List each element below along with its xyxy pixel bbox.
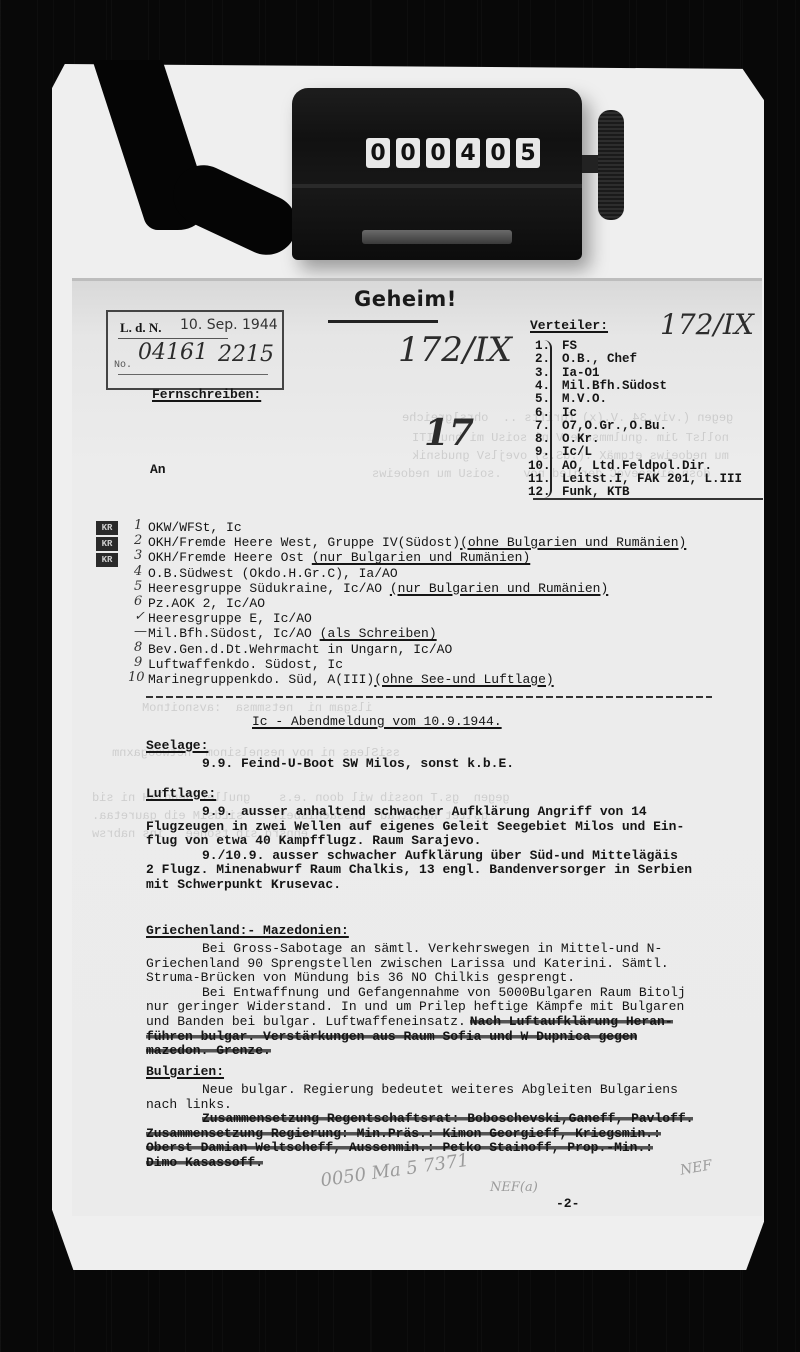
recipient-prefix: An <box>150 462 166 477</box>
body-line: nur geringer Widerstand. In und um Prile… <box>146 999 684 1014</box>
addressee-check-mark: 5 <box>134 579 142 594</box>
section-heading: Luftlage: <box>146 786 216 801</box>
section-heading: Bulgarien: <box>146 1064 224 1079</box>
distribution-item: M.V.O. <box>562 393 607 406</box>
addressee-name: Mil.Bfh.Südost, Ic/AO <box>148 626 320 641</box>
body-line: 9.9. ausser anhaltend schwacher Aufkläru… <box>202 804 647 819</box>
distribution-item: O7,O.Gr.,O.Bu. <box>562 420 667 433</box>
addressee-check-mark: 10 <box>128 670 145 685</box>
counter-slot <box>362 230 512 244</box>
distribution-number: 9. <box>535 446 550 459</box>
addressee-row: O.B.Südwest (Okdo.H.Gr.C), Ia/AO <box>148 566 398 581</box>
body-line: mit Schwerpunkt Krusevac. <box>146 877 341 892</box>
addressee-row: OKH/Fremde Heere West, Gruppe IV(Südost)… <box>148 535 686 550</box>
distribution-item: Ic <box>562 407 577 420</box>
body-line: Flugzeugen in zwei Wellen auf eigenes Ge… <box>146 819 684 834</box>
counter-knob <box>598 110 624 220</box>
body-line: Bei Entwaffnung und Gefangennahme von 50… <box>202 985 686 1000</box>
struck-text: führen bulgar. Verstärkungen aus Raum So… <box>146 1029 637 1044</box>
frame-counter: 0 0 0 4 0 5 <box>292 88 582 260</box>
addressee-check-mark: — <box>134 624 147 639</box>
addressee-name: OKH/Fremde Heere Ost <box>148 550 312 565</box>
distribution-item: Leitst.I, FAK 201, L.III <box>562 473 742 486</box>
document-type-label: Fernschreiben: <box>152 387 261 402</box>
addressee-name: Bev.Gen.d.Dt.Wehrmacht in Ungarn, Ic/AO <box>148 642 452 657</box>
addressee-row: Mil.Bfh.Südost, Ic/AO (als Schreiben) <box>148 626 437 641</box>
counter-digit: 0 <box>426 138 450 168</box>
struck-text: Nach Luftaufklärung Heran- <box>470 1014 673 1029</box>
addressee-check-mark: 9 <box>134 655 142 670</box>
addressee-name: OKW/WFSt, Ic <box>148 520 242 535</box>
handwritten-file-ref: 172/IX <box>398 330 512 370</box>
addressee-name: Pz.AOK 2, Ic/AO <box>148 596 265 611</box>
receipt-stamp: L. d. N. 10. Sep. 1944 No. 04161 2215 <box>106 310 284 390</box>
addressee-name: OKH/Fremde Heere West, Gruppe IV(Südost) <box>148 535 460 550</box>
addressee-note: (als Schreiben) <box>320 626 437 641</box>
distribution-title: Verteiler: <box>530 318 608 333</box>
section-heading: Seelage: <box>146 738 208 753</box>
addressee-row: Marinegruppenkdo. Süd, A(III)(ohne See-u… <box>148 672 554 687</box>
handwritten-sheet-number: 17 <box>424 412 474 454</box>
addressee-name: Heeresgruppe E, Ic/AO <box>148 611 312 626</box>
addressee-row: Luftwaffenkdo. Südost, Ic <box>148 657 343 672</box>
addressee-check-mark: 2 <box>134 533 142 548</box>
distribution-item: O.Kr. <box>562 433 600 446</box>
classification-underline <box>328 320 438 323</box>
distribution-underline <box>533 498 763 500</box>
distribution-number: 10. <box>528 460 551 473</box>
kr-mark: KR <box>96 537 118 551</box>
addressee-check-mark: 8 <box>134 640 142 655</box>
addressee-name: O.B.Südwest (Okdo.H.Gr.C), Ia/AO <box>148 566 398 581</box>
counter-band <box>292 184 582 188</box>
distribution-item: O.B., Chef <box>562 353 637 366</box>
report-title: Ic - Abendmeldung vom 10.9.1944. <box>252 714 502 729</box>
body-line: Neue bulgar. Regierung bedeutet weiteres… <box>202 1082 678 1097</box>
page-number: -2- <box>556 1196 579 1211</box>
distribution-item: AO, Ltd.Feldpol.Dir. <box>562 460 712 473</box>
body-line: 9./10.9. ausser schwacher Aufklärung übe… <box>202 848 678 863</box>
addressee-name: Marinegruppenkdo. Süd, A(III) <box>148 672 374 687</box>
counter-digit: 0 <box>396 138 420 168</box>
distribution-number: 7. <box>535 420 550 433</box>
distribution-item: FS <box>562 340 577 353</box>
addressee-row: Bev.Gen.d.Dt.Wehrmacht in Ungarn, Ic/AO <box>148 642 452 657</box>
addressee-row: Heeresgruppe E, Ic/AO <box>148 611 312 626</box>
distribution-number: 1. <box>535 340 550 353</box>
body-line: flug von etwa 40 Kampfflugz. Raum Saraje… <box>146 833 481 848</box>
addressee-note: (ohne See-und Luftlage) <box>374 672 553 687</box>
addressee-note: (nur Bulgarien und Rumänien) <box>312 550 530 565</box>
classification-heading: Geheim! <box>354 292 457 307</box>
addressee-row: OKW/WFSt, Ic <box>148 520 242 535</box>
struck-text: Zusammensetzung Regierung: Min.Präs.: Ki… <box>146 1126 661 1141</box>
addressee-name: Luftwaffenkdo. Südost, Ic <box>148 657 343 672</box>
distribution-item: Ia-O1 <box>562 367 600 380</box>
body-line: 2 Flugz. Minenabwurf Raum Chalkis, 13 en… <box>146 862 692 877</box>
addressee-note: (nur Bulgarien und Rumänien) <box>390 581 608 596</box>
struck-text: mazedon. Grenze. <box>146 1043 271 1058</box>
counter-digit: 5 <box>516 138 540 168</box>
counter-digits: 0 0 0 4 0 5 <box>366 138 540 168</box>
distribution-item: Ic/L <box>562 446 592 459</box>
addressee-row: Pz.AOK 2, Ic/AO <box>148 596 265 611</box>
kr-mark: KR <box>96 521 118 535</box>
distribution-number: 8. <box>535 433 550 446</box>
body-line: und Banden bei bulgar. Luftwaffeneinsatz… <box>146 1014 466 1029</box>
addressee-check-mark: 1 <box>134 518 142 533</box>
struck-text: Zusammensetzung Regentschaftsrat: Bobosc… <box>202 1111 693 1126</box>
section-heading: Griechenland:- Mazedonien: <box>146 923 349 938</box>
body-line: Bei Gross-Sabotage an sämtl. Verkehrsweg… <box>202 941 662 956</box>
addressee-check-mark: 3 <box>134 548 142 563</box>
distribution-number: 4. <box>535 380 550 393</box>
stamp-dotted-line <box>118 374 268 375</box>
addressee-row: Heeresgruppe Südukraine, Ic/AO (nur Bulg… <box>148 581 608 596</box>
stamp-divider <box>118 338 228 339</box>
stamp-date: 10. Sep. 1944 <box>180 318 278 333</box>
distribution-number: 11. <box>528 473 551 486</box>
addressee-row: OKH/Fremde Heere Ost (nur Bulgarien und … <box>148 550 530 565</box>
addressee-check-mark: ✓ <box>134 609 145 624</box>
stamp-no-value: 04161 <box>138 340 208 365</box>
struck-text: Oberst Damian Weltscheff, Aussenmin.: Pe… <box>146 1140 653 1155</box>
addressee-note: (ohne Bulgarien und Rumänien) <box>460 535 686 550</box>
addressee-name: Heeresgruppe Südukraine, Ic/AO <box>148 581 390 596</box>
stamp-no-label: No. <box>114 358 132 373</box>
distribution-number: 2. <box>535 353 550 366</box>
addressee-check-mark: 4 <box>134 564 142 579</box>
stamp-label: L. d. N. <box>120 320 162 335</box>
separator-dashes <box>146 696 712 698</box>
distribution-number: 5. <box>535 393 550 406</box>
distribution-item: Mil.Bfh.Südost <box>562 380 667 393</box>
addressee-check-mark: 6 <box>134 594 142 609</box>
body-line: nach links. <box>146 1097 232 1112</box>
handwritten-file-ref-right: 172/IX <box>660 308 754 341</box>
distribution-number: 3. <box>535 367 550 380</box>
stamp-no-suffix: 2215 <box>218 342 274 367</box>
counter-digit: 0 <box>486 138 510 168</box>
distribution-number: 6. <box>535 407 550 420</box>
kr-mark: KR <box>96 553 118 567</box>
body-line: Griechenland 90 Sprengstellen zwischen L… <box>146 956 669 971</box>
body-line: 9.9. Feind-U-Boot SW Milos, sonst k.b.E. <box>202 756 514 771</box>
counter-digit: 0 <box>366 138 390 168</box>
counter-digit: 4 <box>456 138 480 168</box>
body-line: Struma-Brücken von Mündung bis 36 NO Chi… <box>146 970 575 985</box>
struck-text: Dimo Kasassoff. <box>146 1155 263 1170</box>
pencil-note: NEF(a) <box>490 1180 538 1195</box>
